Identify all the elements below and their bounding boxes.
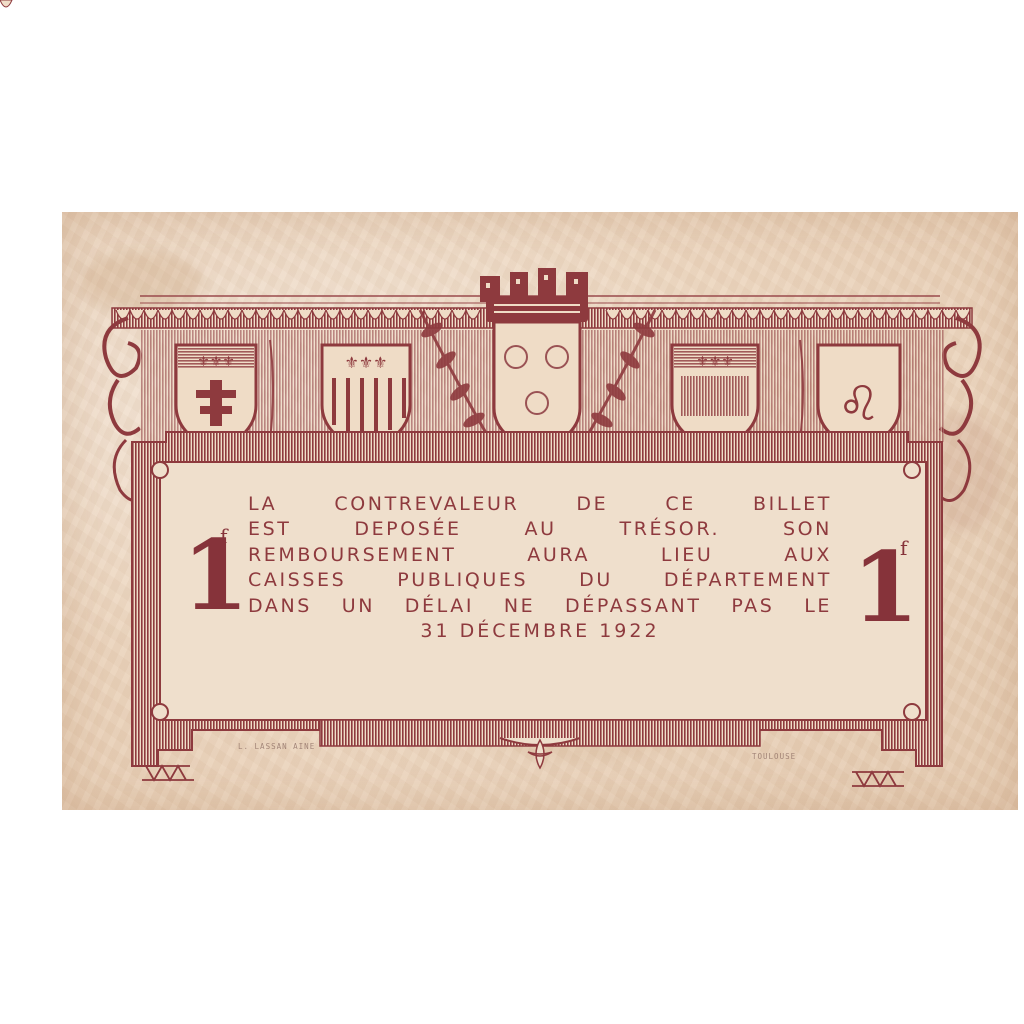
svg-text:⚜⚜⚜: ⚜⚜⚜: [696, 354, 734, 370]
feet-ornaments: [142, 766, 904, 786]
svg-text:⚜⚜⚜: ⚜⚜⚜: [197, 354, 235, 370]
mural-crown: [480, 268, 588, 322]
denomination-left-suffix: f: [220, 524, 227, 548]
printer-imprint: L. LASSAN AINE: [238, 742, 315, 751]
denomination-left: 1: [182, 528, 249, 624]
denomination-right-suffix: f: [900, 536, 907, 560]
text-line: EST DEPOSÉE AU TRÉSOR. SON: [248, 517, 832, 542]
expiry-date-line: 31 DÉCEMBRE 1922: [248, 619, 832, 644]
svg-text:⚜⚜⚜: ⚜⚜⚜: [344, 353, 387, 372]
denomination-right: 1: [852, 540, 919, 636]
text-line: CAISSES PUBLIQUES DU DÉPARTEMENT: [248, 568, 832, 593]
svg-text:♌: ♌: [837, 376, 880, 432]
text-line: DANS UN DÉLAI NE DÉPASSANT PAS LE: [248, 594, 832, 619]
text-line: LA CONTREVALEUR DE CE BILLET: [248, 492, 832, 517]
printer-city: TOULOUSE: [752, 752, 796, 761]
redemption-text: LA CONTREVALEUR DE CE BILLET EST DEPOSÉE…: [248, 492, 832, 644]
text-line: REMBOURSEMENT AURA LIEU AUX: [248, 543, 832, 568]
